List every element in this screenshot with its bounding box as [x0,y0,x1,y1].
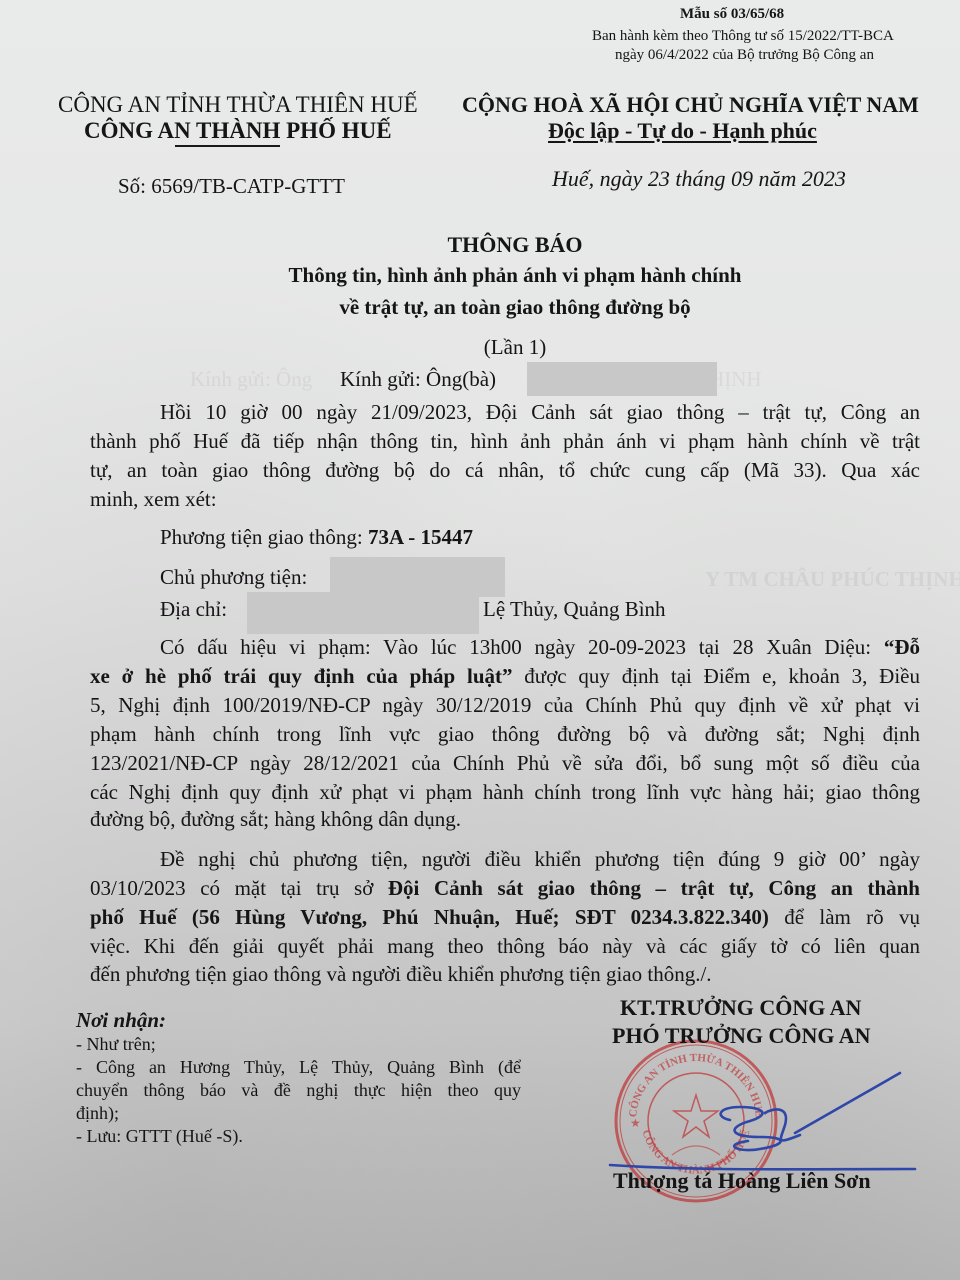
place-date: Huế, ngày 23 tháng 09 năm 2023 [552,166,846,192]
bleed-through-text: Y TM CHÂU PHÚC THỊNH [705,567,960,592]
paragraph-line: đường bộ, đường sắt; hàng không dân dụng… [90,807,461,832]
recipient-item: - Công an Hương Thủy, Lệ Thủy, Quảng Bìn… [76,1057,521,1078]
paragraph-line: Đề nghị chủ phương tiện, người điều khiể… [160,847,920,872]
form-issued-with: Ban hành kèm theo Thông tư số 15/2022/TT… [592,28,894,45]
document-number: Số: 6569/TB-CATP-GTTT [118,174,345,199]
national-motto: Độc lập - Tự do - Hạnh phúc [548,118,817,144]
vehicle-plate: 73A - 15447 [368,525,473,549]
document-subtitle-line2: về trật tự, an toàn giao thông đường bộ [35,295,960,320]
recipient-item: định); [76,1103,119,1124]
owner-label: Chủ phương tiện: [160,565,307,590]
recipient-item: chuyển thông báo và đề nghị thực hiện th… [76,1080,521,1101]
redacted-owner-name [330,557,505,597]
paragraph-line: minh, xem xét: [90,487,217,512]
paragraph-line: việc. Khi đến giải quyết phải mang theo … [90,934,920,959]
violation-description: xe ở hè phố trái quy định của pháp luật” [90,664,513,688]
paragraph-line: thành phố Huế đã tiếp nhận thông tin, hì… [90,429,920,454]
paragraph-line: 03/10/2023 có mặt tại trụ sở Đội Cảnh sá… [90,876,920,901]
nation-heading: CỘNG HOÀ XÃ HỘI CHỦ NGHĨA VIỆT NAM [462,92,919,118]
redacted-address [247,592,479,634]
vehicle-label: Phương tiện giao thông: [160,525,368,549]
document-subtitle-line1: Thông tin, hình ảnh phản ánh vi phạm hàn… [35,263,960,288]
paragraph-line: Hồi 10 giờ 00 ngày 21/09/2023, Đội Cảnh … [160,400,920,425]
paragraph-line: 5, Nghị định 100/2019/NĐ-CP ngày 30/12/2… [90,693,920,718]
agency-parent: CÔNG AN TỈNH THỪA THIÊN HUẾ [58,92,418,118]
handwritten-signature-icon [600,1045,920,1175]
address-label: Địa chỉ: [160,597,227,622]
document-page: Mẫu số 03/65/68 Ban hành kèm theo Thông … [0,0,960,1280]
attempt-number: (Lần 1) [35,335,960,360]
address-value: Lệ Thủy, Quảng Bình [483,597,666,622]
paragraph-line: đến phương tiện giao thông và người điều… [90,962,712,987]
paragraph-line: 123/2021/NĐ-CP ngày 28/12/2021 của Chính… [90,751,920,776]
vehicle-field: Phương tiện giao thông: 73A - 15447 [160,525,473,550]
signer-role-line1: KT.TRƯỞNG CÔNG AN [620,995,861,1021]
agency-name: CÔNG AN THÀNH PHỐ HUẾ [84,118,392,144]
paragraph-line: phố Huế (56 Hùng Vương, Phú Nhuận, Huế; … [90,905,920,930]
paragraph-line: tự, an toàn giao thông đường bộ do cá nh… [90,458,920,483]
recipient-label: Kính gửi: Ông(bà) [340,367,496,392]
agency-underline [175,145,280,147]
document-title: THÔNG BÁO [35,232,960,258]
signer-name: Thượng tá Hoàng Liên Sơn [613,1168,871,1194]
paragraph-line: các Nghị định quy định xử phạt vi phạm h… [90,780,920,805]
form-code: Mẫu số 03/65/68 [680,6,784,23]
recipient-item: - Như trên; [76,1034,156,1055]
paragraph-line: phạm hành chính trong lĩnh vực giao thôn… [90,722,920,747]
recipient-item: - Lưu: GTTT (Huế -S). [76,1126,243,1147]
form-issued-date: ngày 06/4/2022 của Bộ trưởng Bộ Công an [615,47,874,64]
paragraph-line: Có dấu hiệu vi phạm: Vào lúc 13h00 ngày … [160,635,920,660]
redacted-recipient-name [527,362,717,396]
office-address: phố Huế (56 Hùng Vương, Phú Nhuận, Huế; … [90,905,769,929]
recipients-title: Nơi nhận: [76,1008,166,1033]
paragraph-line: xe ở hè phố trái quy định của pháp luật”… [90,664,920,689]
